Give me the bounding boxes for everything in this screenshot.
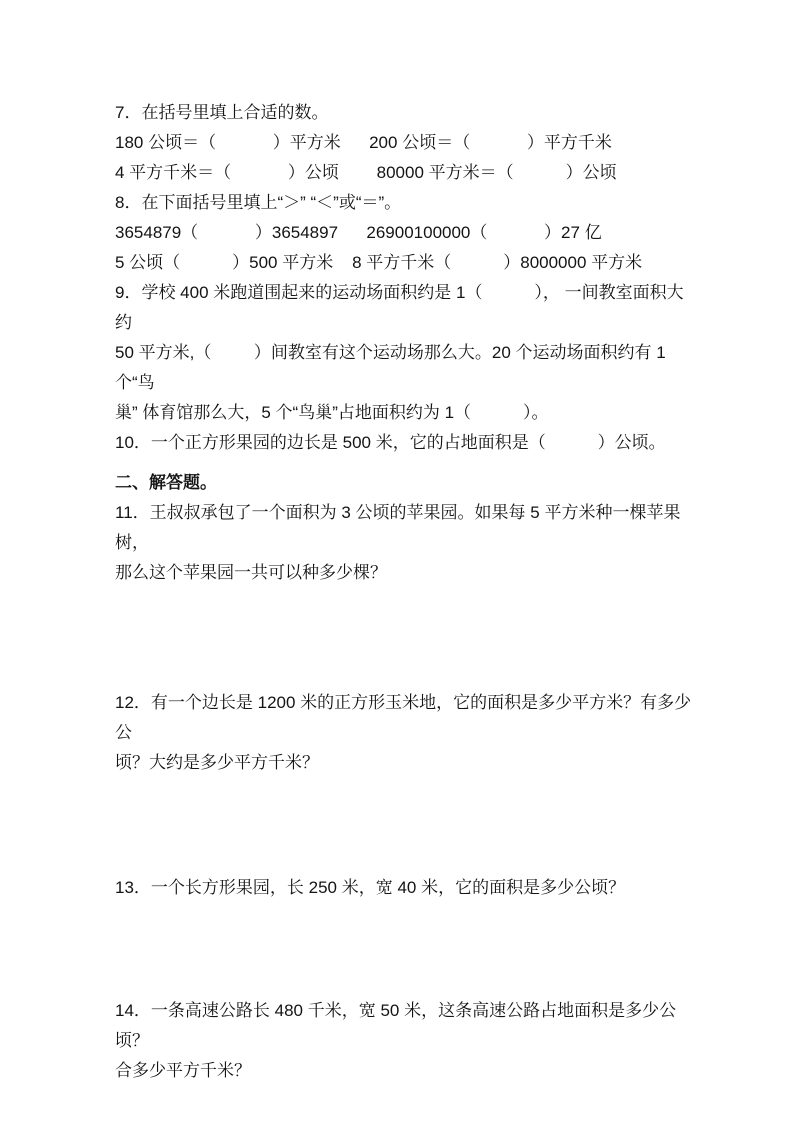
question-13-line: 13．一个长方形果园，长 250 米，宽 40 米，它的面积是多少公顷？ [115,873,698,903]
question-7-heading: 7．在括号里填上合适的数。 [115,98,698,128]
question-7-blanks-row-1: 180 公顷＝（ ）平方米 200 公顷＝（ ）平方千米 [115,128,698,158]
question-14-line-2: 合多少平方千米？ [115,1056,698,1086]
question-11-line-2: 那么这个苹果园一共可以种多少棵？ [115,558,698,588]
question-14-line-1: 14．一条高速公路长 480 千米，宽 50 米，这条高速公路占地面积是多少公顷… [115,996,698,1056]
worksheet-page: 7．在括号里填上合适的数。 180 公顷＝（ ）平方米 200 公顷＝（ ）平方… [0,0,793,1122]
question-9-line-1: 9．学校 400 米跑道围起来的运动场面积约是 1（ ）， 一间教室面积大约 [115,278,698,338]
question-8-compare-row-2: 5 公顷（ ）500 平方米 8 平方千米（ ）8000000 平方米 [115,248,698,278]
question-9-line-2: 50 平方米,（ ）间教室有这个运动场那么大。20 个运动场面积约有 1 个“鸟 [115,338,698,398]
question-7-blanks-row-2: 4 平方千米＝（ ）公顷 80000 平方米＝（ ）公顷 [115,158,698,188]
question-11-line-1: 11．王叔叔承包了一个面积为 3 公顷的苹果园。如果每 5 平方米种一棵苹果树， [115,498,698,558]
question-10-line: 10．一个正方形果园的边长是 500 米，它的占地面积是（ ）公顷。 [115,428,698,458]
question-8-compare-row-1: 3654879（ ）3654897 26900100000（ ）27 亿 [115,218,698,248]
question-9-line-3: 巢” 体育馆那么大，5 个“鸟巢”占地面积约为 1（ ）。 [115,398,698,428]
question-12-line-1: 12．有一个边长是 1200 米的正方形玉米地，它的面积是多少平方米？有多少公 [115,688,698,748]
question-12-line-2: 顷？大约是多少平方千米？ [115,748,698,778]
section-2-heading: 二、解答题。 [115,468,698,498]
question-8-heading: 8．在下面括号里填上“＞” “＜”或“＝”。 [115,188,698,218]
